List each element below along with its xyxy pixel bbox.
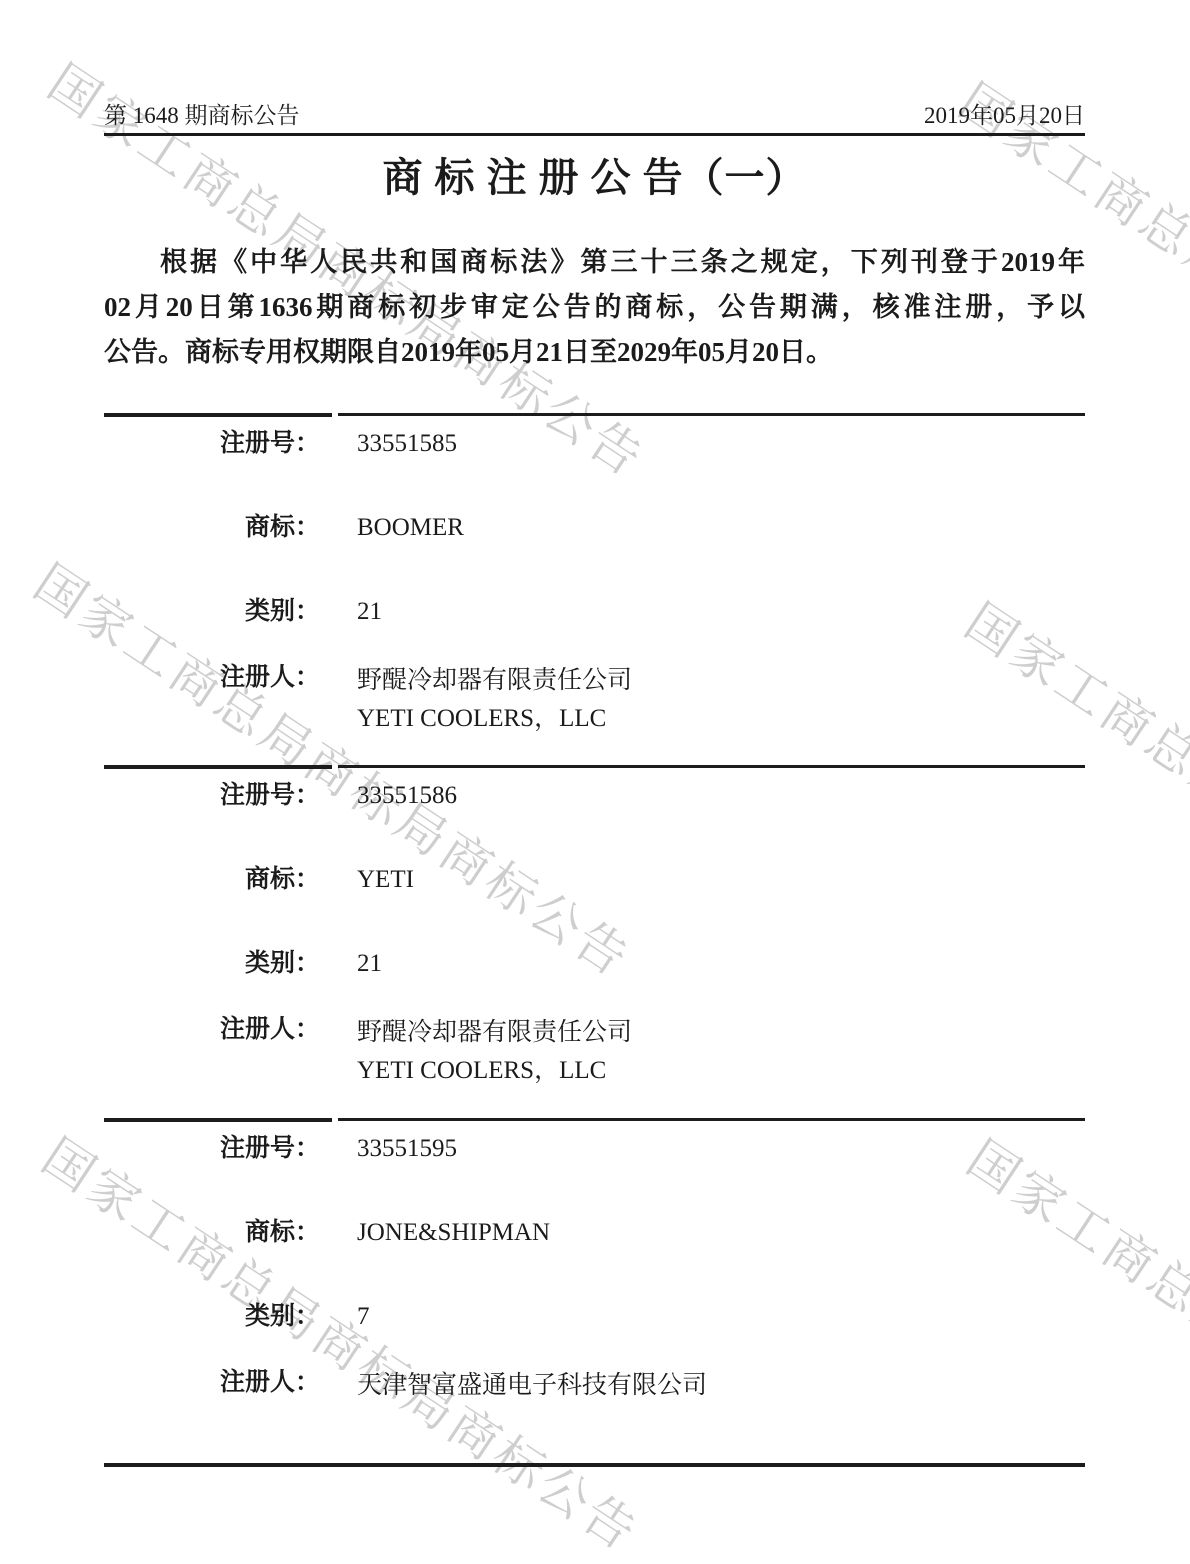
reg-no-value: 33551586 <box>357 780 457 812</box>
registrant-row: 注册人： 野醍冷却器有限责任公司 YETI COOLERS，LLC <box>104 1014 632 1090</box>
category-label: 类别： <box>104 948 320 980</box>
separator-line <box>104 413 1085 417</box>
registrant-name-cn: 野醍冷却器有限责任公司 <box>357 1014 632 1052</box>
separator-segment-right <box>338 1118 1085 1121</box>
registrant-value: 天津智富盛通电子科技有限公司 <box>357 1367 707 1405</box>
category-label: 类别： <box>104 596 320 628</box>
category-label: 类别： <box>104 1301 320 1333</box>
reg-no-label: 注册号： <box>104 1133 320 1165</box>
page-content: 第 1648 期商标公告 2019年05月20日 商 标 注 册 公 告（一） … <box>0 0 1190 1564</box>
category-value: 21 <box>357 596 382 628</box>
intro-line-1: 根据《中华人民共和国商标法》第三十三条之规定，下列刊登于2019年 <box>104 240 1085 285</box>
separator-line <box>104 1118 1085 1122</box>
reg-no-label: 注册号： <box>104 428 320 460</box>
issue-number: 第 1648 期商标公告 <box>104 97 300 130</box>
separator-segment-left <box>104 413 332 417</box>
registrant-row: 注册人： 野醍冷却器有限责任公司 YETI COOLERS，LLC <box>104 662 632 738</box>
trademark-entry: 注册号： 33551586 商标： YETI 类别： 21 注册人： 野醍冷却器… <box>104 765 1085 1118</box>
category-row: 类别： 7 <box>104 1301 370 1333</box>
trademark-row: 商标： JONE&SHIPMAN <box>104 1217 550 1249</box>
registrant-row: 注册人： 天津智富盛通电子科技有限公司 <box>104 1367 707 1405</box>
reg-no-row: 注册号： 33551585 <box>104 428 457 460</box>
issue-date: 2019年05月20日 <box>924 97 1085 130</box>
intro-line-2: 02月20日第1636期商标初步审定公告的商标，公告期满，核准注册，予以 <box>104 285 1085 330</box>
category-row: 类别： 21 <box>104 596 382 628</box>
trademark-row: 商标： YETI <box>104 864 414 896</box>
registrant-value: 野醍冷却器有限责任公司 YETI COOLERS，LLC <box>357 662 632 738</box>
registrant-name-en: YETI COOLERS，LLC <box>357 700 632 738</box>
reg-no-row: 注册号： 33551586 <box>104 780 457 812</box>
category-value: 21 <box>357 948 382 980</box>
trademark-value: YETI <box>357 864 414 896</box>
reg-no-value: 33551585 <box>357 428 457 460</box>
reg-no-label: 注册号： <box>104 780 320 812</box>
bottom-rule <box>104 1463 1085 1467</box>
category-value: 7 <box>357 1301 370 1333</box>
separator-line <box>104 765 1085 769</box>
header-rule <box>104 133 1085 136</box>
separator-segment-right <box>338 765 1085 768</box>
page-title: 商 标 注 册 公 告（一） <box>104 146 1085 203</box>
gazette-page: 国家工商总局商标局商标公告 国家工商总局商标局商标公告 国家工商总局商标局商标公… <box>0 0 1190 1564</box>
intro-paragraph: 根据《中华人民共和国商标法》第三十三条之规定，下列刊登于2019年 02月20日… <box>104 240 1085 375</box>
category-row: 类别： 21 <box>104 948 382 980</box>
registrant-label: 注册人： <box>104 662 320 694</box>
reg-no-value: 33551595 <box>357 1133 457 1165</box>
trademark-value: JONE&SHIPMAN <box>357 1217 550 1249</box>
trademark-entry: 注册号： 33551595 商标： JONE&SHIPMAN 类别： 7 注册人… <box>104 1118 1085 1463</box>
separator-segment-left <box>104 765 332 769</box>
separator-segment-left <box>104 1118 332 1122</box>
page-header: 第 1648 期商标公告 2019年05月20日 <box>104 97 1085 130</box>
intro-line-3: 公告。商标专用权期限自2019年05月21日至2029年05月20日。 <box>104 330 1085 375</box>
registrant-name-en: YETI COOLERS，LLC <box>357 1052 632 1090</box>
trademark-value: BOOMER <box>357 512 464 544</box>
registrant-name-cn: 天津智富盛通电子科技有限公司 <box>357 1367 707 1405</box>
trademark-label: 商标： <box>104 1217 320 1249</box>
registrant-name-cn: 野醍冷却器有限责任公司 <box>357 662 632 700</box>
registrant-label: 注册人： <box>104 1367 320 1399</box>
reg-no-row: 注册号： 33551595 <box>104 1133 457 1165</box>
trademark-row: 商标： BOOMER <box>104 512 464 544</box>
trademark-entries: 注册号： 33551585 商标： BOOMER 类别： 21 注册人： 野醍冷… <box>104 413 1085 1467</box>
trademark-label: 商标： <box>104 864 320 896</box>
trademark-label: 商标： <box>104 512 320 544</box>
registrant-label: 注册人： <box>104 1014 320 1046</box>
registrant-value: 野醍冷却器有限责任公司 YETI COOLERS，LLC <box>357 1014 632 1090</box>
trademark-entry: 注册号： 33551585 商标： BOOMER 类别： 21 注册人： 野醍冷… <box>104 413 1085 765</box>
separator-segment-right <box>338 413 1085 416</box>
